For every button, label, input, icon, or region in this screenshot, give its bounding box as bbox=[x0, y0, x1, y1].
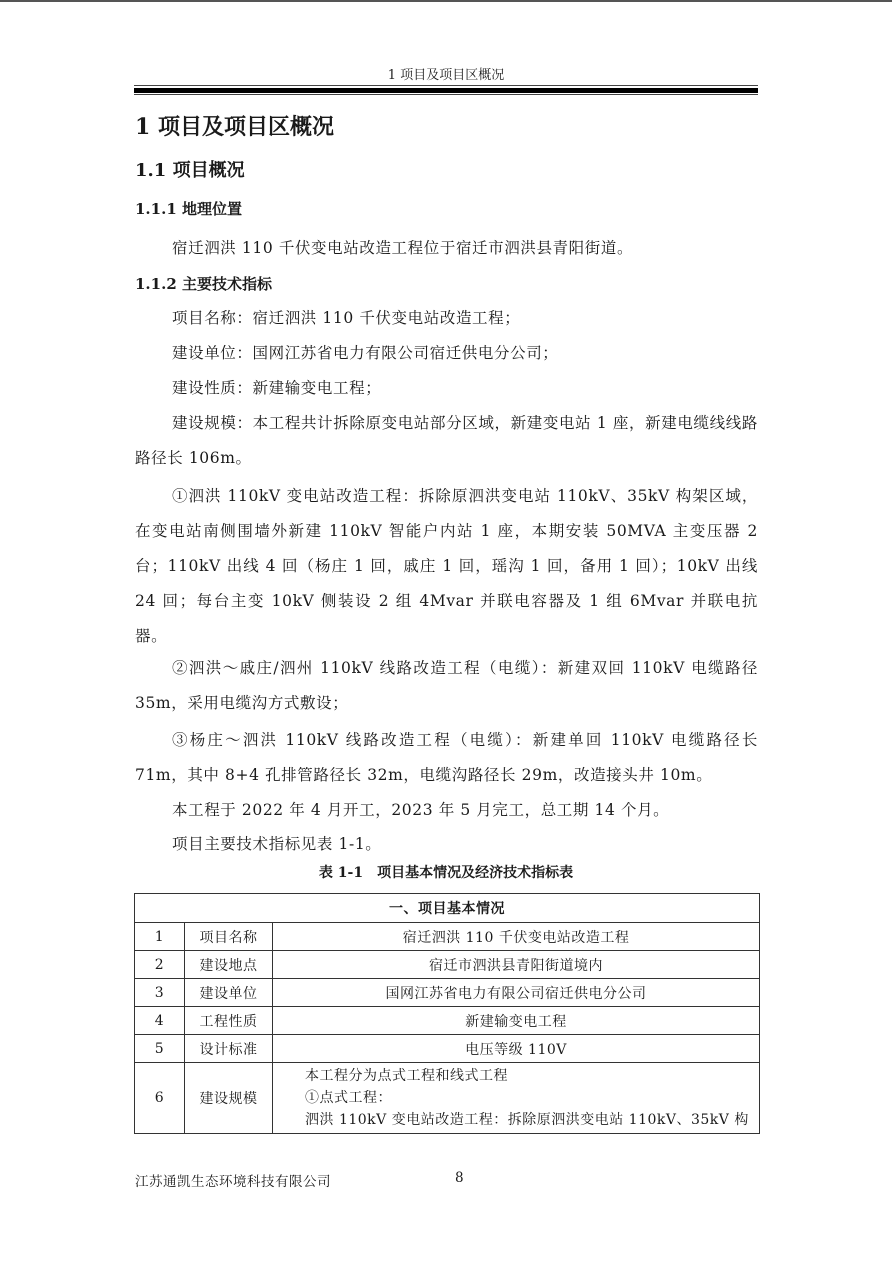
row-value-multiline: 本工程分为点式工程和线式工程 ①点式工程： 泗洪 110kV 变电站改造工程：拆… bbox=[273, 1063, 760, 1134]
row-number: 3 bbox=[135, 979, 185, 1007]
table-row: 3 建设单位 国网江苏省电力有限公司宿迁供电分公司 bbox=[135, 979, 760, 1007]
scale-line: 泗洪 110kV 变电站改造工程：拆除原泗洪变电站 110kV、35kV 构 bbox=[305, 1109, 759, 1131]
row-number: 1 bbox=[135, 923, 185, 951]
row-item: 项目名称 bbox=[185, 923, 273, 951]
row-number: 5 bbox=[135, 1035, 185, 1063]
row-number: 2 bbox=[135, 951, 185, 979]
line-3-paragraph: ③杨庄～泗洪 110kV 线路改造工程（电缆）：新建单回 110kV 电缆路径长… bbox=[135, 723, 758, 793]
row-number: 4 bbox=[135, 1007, 185, 1035]
row-item: 设计标准 bbox=[185, 1035, 273, 1063]
page-top-edge bbox=[0, 0, 892, 2]
project-info-table: 一、项目基本情况 1 项目名称 宿迁泗洪 110 千伏变电站改造工程 2 建设地… bbox=[134, 893, 760, 1134]
header-rule-thin-bottom bbox=[134, 94, 758, 95]
row-item: 建设规模 bbox=[185, 1063, 273, 1134]
construction-unit-paragraph: 建设单位：国网江苏省电力有限公司宿迁供电分公司； bbox=[135, 336, 758, 371]
chapter-title: 1 项目及项目区概况 bbox=[135, 110, 334, 141]
page-number: 8 bbox=[455, 1170, 464, 1186]
table-section-header-row: 一、项目基本情况 bbox=[135, 894, 760, 923]
row-value: 国网江苏省电力有限公司宿迁供电分公司 bbox=[273, 979, 760, 1007]
row-item: 建设单位 bbox=[185, 979, 273, 1007]
header-rule-thin-top bbox=[134, 85, 758, 86]
scale-line: 本工程分为点式工程和线式工程 bbox=[305, 1065, 759, 1087]
row-value: 新建输变电工程 bbox=[273, 1007, 760, 1035]
section-1-1-1-title: 1.1.1 地理位置 bbox=[135, 198, 242, 219]
section-1-1-title: 1.1 项目概况 bbox=[135, 156, 245, 182]
line-2-paragraph: ②泗洪～戚庄/泗州 110kV 线路改造工程（电缆）：新建双回 110kV 电缆… bbox=[135, 651, 758, 721]
table-row: 2 建设地点 宿迁市泗洪县青阳街道境内 bbox=[135, 951, 760, 979]
row-item: 工程性质 bbox=[185, 1007, 273, 1035]
row-value: 宿迁市泗洪县青阳街道境内 bbox=[273, 951, 760, 979]
row-value: 宿迁泗洪 110 千伏变电站改造工程 bbox=[273, 923, 760, 951]
footer-company: 江苏通凯生态环境科技有限公司 bbox=[135, 1170, 331, 1190]
section-1-1-2-title: 1.1.2 主要技术指标 bbox=[135, 273, 272, 294]
row-value: 电压等级 110V bbox=[273, 1035, 760, 1063]
table-row: 1 项目名称 宿迁泗洪 110 千伏变电站改造工程 bbox=[135, 923, 760, 951]
table-reference-paragraph: 项目主要技术指标见表 1-1。 bbox=[135, 827, 758, 862]
scale-line: ①点式工程： bbox=[305, 1087, 759, 1109]
table-row: 4 工程性质 新建输变电工程 bbox=[135, 1007, 760, 1035]
table-section-header: 一、项目基本情况 bbox=[135, 894, 760, 923]
table-row: 5 设计标准 电压等级 110V bbox=[135, 1035, 760, 1063]
construction-scale-paragraph: 建设规模：本工程共计拆除原变电站部分区域，新建变电站 1 座，新建电缆线线路路径… bbox=[135, 406, 758, 476]
running-header: 1 项目及项目区概况 bbox=[134, 64, 758, 83]
construction-nature-paragraph: 建设性质：新建输变电工程； bbox=[135, 371, 758, 406]
substation-paragraph: ①泗洪 110kV 变电站改造工程：拆除原泗洪变电站 110kV、35kV 构架… bbox=[135, 479, 758, 654]
table-caption: 表 1-1 项目基本情况及经济技术指标表 bbox=[134, 862, 758, 882]
schedule-paragraph: 本工程于 2022 年 4 月开工，2023 年 5 月完工，总工期 14 个月… bbox=[135, 793, 758, 828]
location-paragraph: 宿迁泗洪 110 千伏变电站改造工程位于宿迁市泗洪县青阳街道。 bbox=[135, 231, 758, 266]
header-rule-thick bbox=[134, 88, 758, 93]
project-name-paragraph: 项目名称：宿迁泗洪 110 千伏变电站改造工程； bbox=[135, 301, 758, 336]
row-item: 建设地点 bbox=[185, 951, 273, 979]
row-number: 6 bbox=[135, 1063, 185, 1134]
table-row: 6 建设规模 本工程分为点式工程和线式工程 ①点式工程： 泗洪 110kV 变电… bbox=[135, 1063, 760, 1134]
